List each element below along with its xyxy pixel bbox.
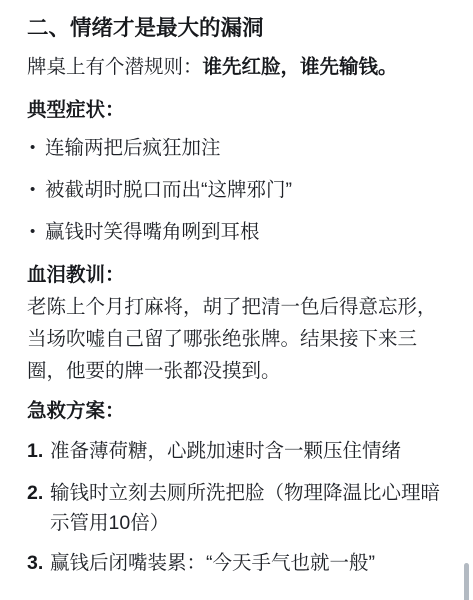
symptom-text: 赢钱时笑得嘴角咧到耳根 xyxy=(45,221,260,243)
section-heading: 二、情绪才是最大的漏洞 xyxy=(27,15,446,41)
item-text: 赢钱后闭嘴装累：“今天手气也就一般” xyxy=(50,552,375,574)
list-item: 1.准备薄荷糖，心跳加速时含一颗压住情绪 xyxy=(27,436,446,466)
bullet-icon: • xyxy=(30,220,35,244)
list-item: •被截胡时脱口而出“这牌邪门” xyxy=(27,178,446,202)
intro-bold-text: 谁先红脸，谁先输钱。 xyxy=(203,56,398,78)
lesson-text: 老陈上个月打麻将，胡了把清一色后得意忘形，当场吹嘘自己留了哪张绝张牌。结果接下来… xyxy=(27,296,437,382)
bullet-icon: • xyxy=(30,178,35,202)
symptom-text: 连输两把后疯狂加注 xyxy=(45,137,221,159)
symptoms-list: •连输两把后疯狂加注 •被截胡时脱口而出“这牌邪门” •赢钱时笑得嘴角咧到耳根 xyxy=(27,136,446,244)
symptom-text: 被截胡时脱口而出“这牌邪门” xyxy=(45,179,292,201)
item-text: 输钱时立刻去厕所洗把脸（物理降温比心理暗示管用10倍） xyxy=(50,482,440,534)
list-item: 2.输钱时立刻去厕所洗把脸（物理降温比心理暗示管用10倍） xyxy=(27,478,446,538)
item-number: 3. xyxy=(27,548,43,578)
list-item: •连输两把后疯狂加注 xyxy=(27,136,446,160)
list-item: •赢钱时笑得嘴角咧到耳根 xyxy=(27,220,446,244)
list-item: 3.赢钱后闭嘴装累：“今天手气也就一般” xyxy=(27,548,446,578)
intro-paragraph: 牌桌上有个潜规则：谁先红脸，谁先输钱。 xyxy=(27,55,446,79)
remedy-label: 急救方案： xyxy=(27,399,446,423)
lesson-label: 血泪教训： xyxy=(27,259,446,291)
item-number: 1. xyxy=(27,436,43,466)
remedy-list: 1.准备薄荷糖，心跳加速时含一颗压住情绪 2.输钱时立刻去厕所洗把脸（物理降温比… xyxy=(27,436,446,578)
item-number: 2. xyxy=(27,478,43,508)
lesson-paragraph: 血泪教训：老陈上个月打麻将，胡了把清一色后得意忘形，当场吹嘘自己留了哪张绝张牌。… xyxy=(27,259,446,387)
intro-text: 牌桌上有个潜规则： xyxy=(27,56,203,78)
scrollbar-thumb[interactable] xyxy=(464,563,469,600)
symptoms-label: 典型症状： xyxy=(27,98,446,122)
bullet-icon: • xyxy=(30,136,35,160)
item-text: 准备薄荷糖，心跳加速时含一颗压住情绪 xyxy=(50,440,401,462)
article-page: 二、情绪才是最大的漏洞 牌桌上有个潜规则：谁先红脸，谁先输钱。 典型症状： •连… xyxy=(0,0,473,600)
